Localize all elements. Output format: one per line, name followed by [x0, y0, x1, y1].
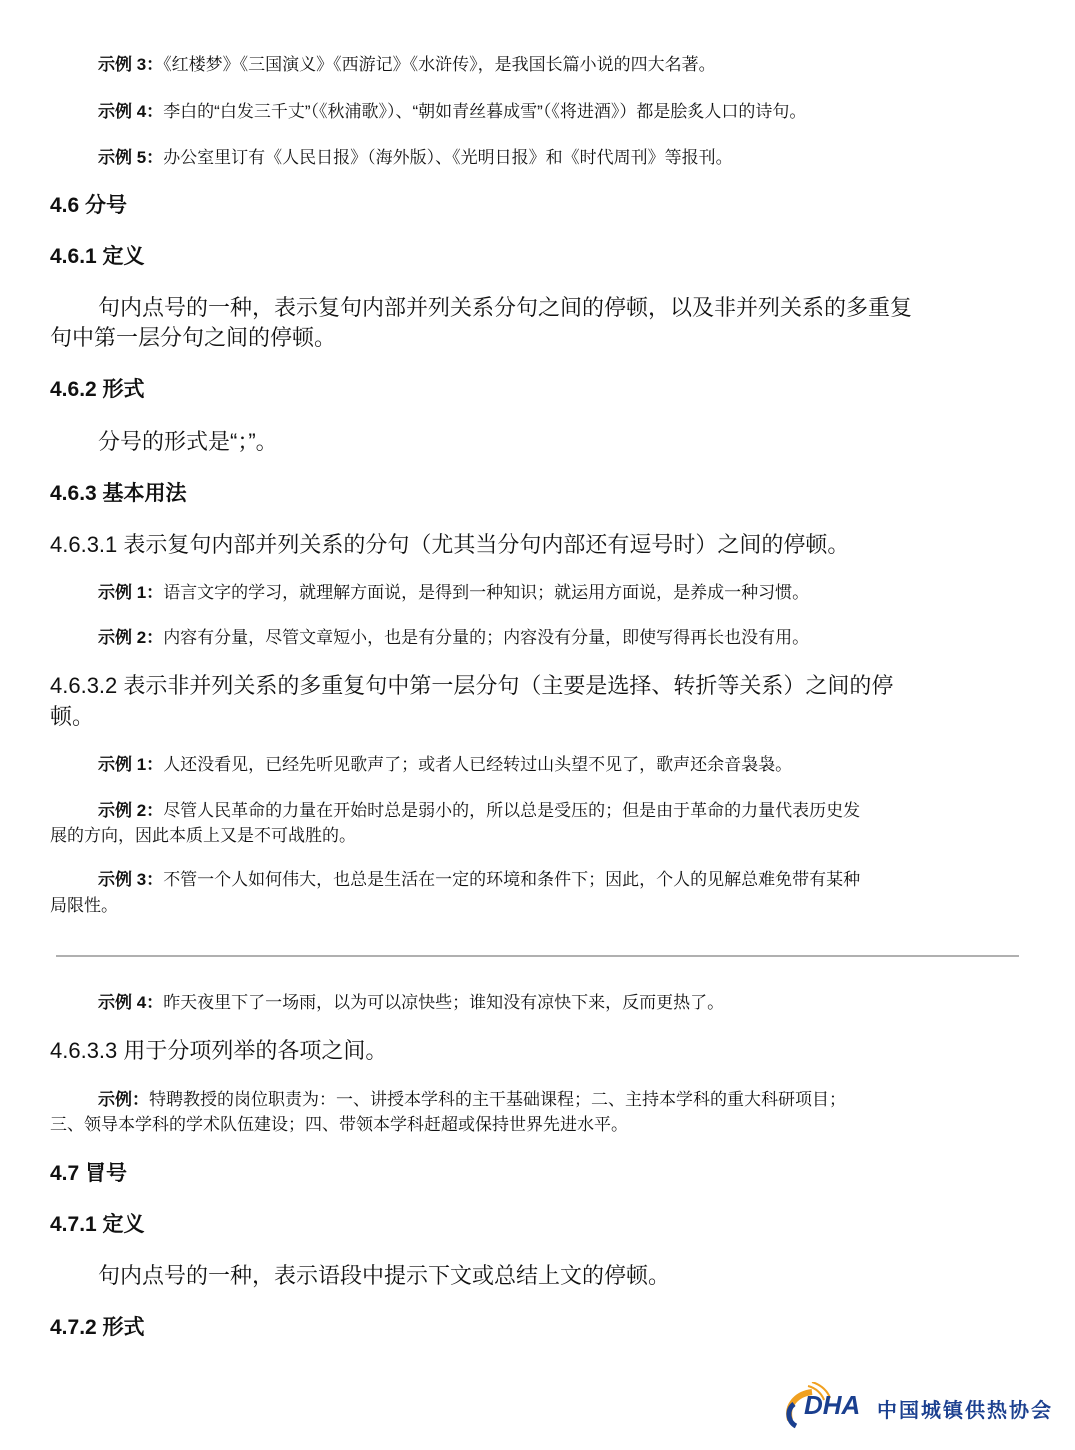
heading-4-6-3-2-line2: 顿。	[50, 700, 94, 731]
example-text: 内容有分量，尽管文章短小，也是有分量的；内容没有分量，即使写得再长也没有用。	[163, 628, 809, 647]
heading-4-6-3: 4.6.3 基本用法	[50, 477, 187, 507]
example-text: 特聘教授的岗位职责为：一、讲授本学科的主干基础课程；二、主持本学科的重大科研项目…	[149, 1090, 846, 1109]
example-label: 示例 2：	[98, 801, 163, 820]
heading-4-7-2: 4.7.2 形式	[50, 1311, 145, 1341]
example-1: 示例 1：语言文字的学习，就理解方面说，是得到一种知识；就运用方面说，是养成一种…	[98, 578, 809, 603]
definition-text-line1: 句内点号的一种，表示复句内部并列关系分句之间的停顿，以及非并列关系的多重复	[98, 291, 912, 322]
example-text: 不管一个人如何伟大，也总是生活在一定的环境和条件下；因此，个人的见解总难免带有某…	[163, 870, 860, 889]
example-label: 示例 5：	[98, 148, 163, 167]
definition-text-line2: 句中第一层分句之间的停顿。	[50, 321, 336, 352]
example-text: 尽管人民革命的力量在开始时总是弱小的，所以总是受压的；但是由于革命的力量代表历史…	[163, 801, 860, 820]
example-label: 示例 4：	[98, 102, 163, 121]
logo-abbr: DHA	[804, 1390, 860, 1421]
example-label: 示例 1：	[98, 755, 163, 774]
example-text: 《红楼梦》《三国演义》《西游记》《水浒传》，是我国长篇小说的四大名著。	[163, 55, 716, 74]
example-text: 语言文字的学习，就理解方面说，是得到一种知识；就运用方面说，是养成一种习惯。	[163, 583, 809, 602]
page-divider	[56, 955, 1019, 957]
example-text: 人还没看见，已经先听见歌声了；或者人已经转过山头望不见了，歌声还余音袅袅。	[163, 755, 792, 774]
example-5: 示例 5：办公室里订有《人民日报》（海外版）、《光明日报》和《时代周刊》等报刊。	[98, 143, 733, 168]
example-4: 示例 4：李白的“白发三千丈”（《秋浦歌》）、“朝如青丝暮成雪”（《将进酒》）都…	[98, 97, 806, 122]
heading-4-6-3-3: 4.6.3.3 用于分项列举的各项之间。	[50, 1034, 387, 1065]
definition-text-4-7: 句内点号的一种，表示语段中提示下文或总结上文的停顿。	[98, 1259, 670, 1290]
example-1b: 示例 1：人还没看见，已经先听见歌声了；或者人已经转过山头望不见了，歌声还余音袅…	[98, 750, 792, 775]
heading-4-6-3-1: 4.6.3.1 表示复句内部并列关系的分句（尤其当分句内部还有逗号时）之间的停顿…	[50, 528, 849, 559]
example-list: 示例：特聘教授的岗位职责为：一、讲授本学科的主干基础课程；二、主持本学科的重大科…	[98, 1085, 846, 1110]
example-3: 示例 3：《红楼梦》《三国演义》《西游记》《水浒传》，是我国长篇小说的四大名著。	[98, 50, 716, 75]
heading-4-7-1: 4.7.1 定义	[50, 1208, 145, 1238]
example-label: 示例：	[98, 1090, 149, 1109]
logo-name: 中国城镇供热协会	[877, 1394, 1053, 1423]
example-3b: 示例 3：不管一个人如何伟大，也总是生活在一定的环境和条件下；因此，个人的见解总…	[98, 865, 860, 890]
cdha-logo: DHA 中国城镇供热协会	[782, 1382, 1052, 1432]
example-2b: 示例 2：尽管人民革命的力量在开始时总是弱小的，所以总是受压的；但是由于革命的力…	[98, 796, 860, 821]
example-label: 示例 3：	[98, 870, 163, 889]
example-label: 示例 2：	[98, 628, 163, 647]
example-3b-cont: 局限性。	[50, 891, 118, 916]
heading-4-6-3-2-line1: 4.6.3.2 表示非并列关系的多重复句中第一层分句（主要是选择、转折等关系）之…	[50, 669, 893, 700]
section-heading-4-6: 4.6 分号	[50, 189, 127, 219]
example-2: 示例 2：内容有分量，尽管文章短小，也是有分量的；内容没有分量，即使写得再长也没…	[98, 623, 809, 648]
example-4b: 示例 4：昨天夜里下了一场雨，以为可以凉快些；谁知没有凉快下来，反而更热了。	[98, 988, 724, 1013]
example-label: 示例 1：	[98, 583, 163, 602]
heading-4-6-1: 4.6.1 定义	[50, 240, 145, 270]
form-text: 分号的形式是“；”。	[98, 425, 278, 456]
example-list-cont: 三、领导本学科的学术队伍建设；四、带领本学科赶超或保持世界先进水平。	[50, 1110, 628, 1135]
example-text: 昨天夜里下了一场雨，以为可以凉快些；谁知没有凉快下来，反而更热了。	[163, 993, 724, 1012]
example-label: 示例 3：	[98, 55, 163, 74]
example-2b-cont: 展的方向，因此本质上又是不可战胜的。	[50, 821, 356, 846]
example-text: 李白的“白发三千丈”（《秋浦歌》）、“朝如青丝暮成雪”（《将进酒》）都是脍炙人口…	[163, 102, 806, 121]
section-heading-4-7: 4.7 冒号	[50, 1157, 127, 1187]
example-text: 办公室里订有《人民日报》（海外版）、《光明日报》和《时代周刊》等报刊。	[163, 148, 733, 167]
example-label: 示例 4：	[98, 993, 163, 1012]
heading-4-6-2: 4.6.2 形式	[50, 373, 145, 403]
